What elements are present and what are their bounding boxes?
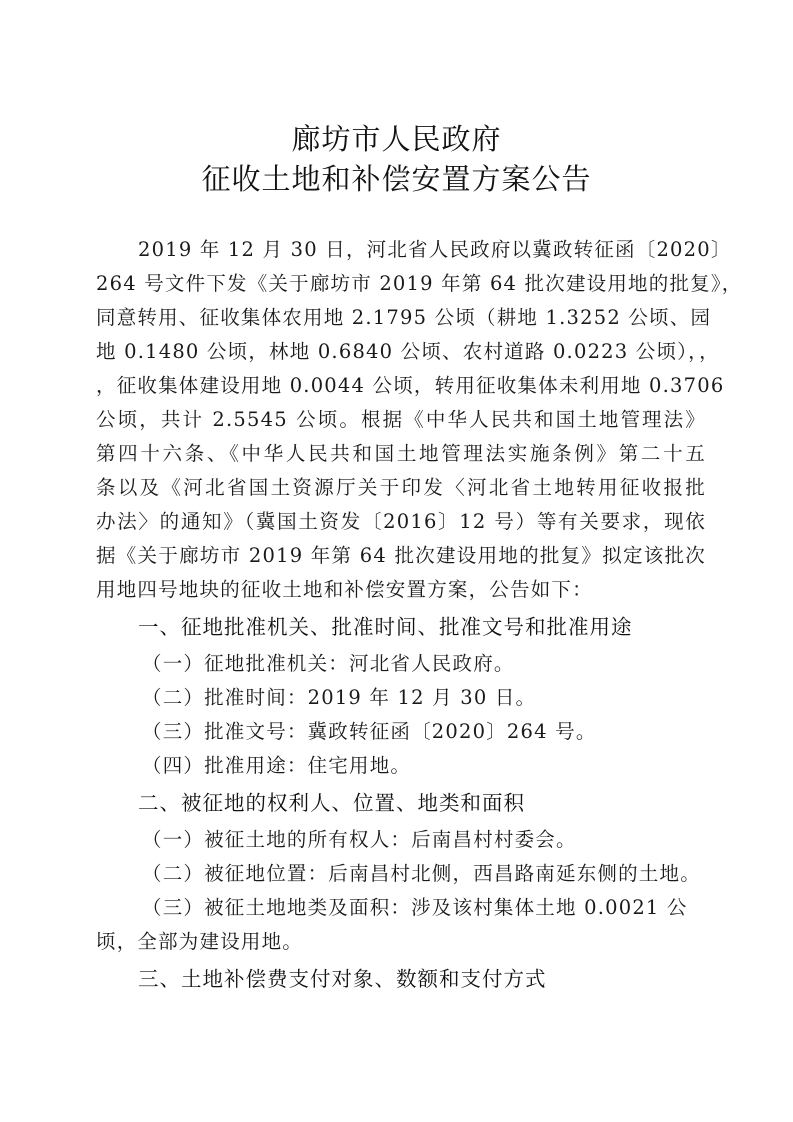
intro-paragraph-line: 2019 年 12 月 30 日，河北省人民政府以冀政转征函〔2020〕 [138, 234, 732, 262]
section-1-item: （一）征地批准机关：河北省人民政府。 [142, 648, 515, 676]
document-title-line1: 廊坊市人民政府 [0, 117, 793, 158]
document-title-line2: 征收土地和补偿安置方案公告 [0, 157, 793, 198]
section-2-item: （二）被征地位置：后南昌村北侧，西昌路南延东侧的土地。 [142, 858, 701, 886]
section-1-item: （三）批准文号：冀政转征函〔2020〕264 号。 [142, 716, 597, 744]
intro-paragraph-line: 同意转用、征收集体农用地 2.1795 公顷（耕地 1.3252 公顷、园 [96, 302, 706, 330]
intro-paragraph-line: 第四十六条、《中华人民共和国土地管理法实施条例》第二十五 [96, 438, 706, 466]
intro-paragraph-line: ，征收集体建设用地 0.0044 公顷，转用征收集体未利用地 0.3706 [96, 370, 706, 398]
section-1-item: （四）批准用途：住宅用地。 [142, 750, 411, 778]
intro-paragraph-line: 条以及《河北省国土资源厅关于印发〈河北省土地转用征收报批 [96, 472, 706, 500]
section-2-heading: 二、被征地的权利人、位置、地类和面积 [138, 786, 525, 816]
section-2-item: （一）被征土地的所有权人：后南昌村村委会。 [142, 824, 577, 852]
section-1-item: （二）批准时间：2019 年 12 月 30 日。 [142, 682, 536, 710]
section-2-item: （三）被征土地地类及面积：涉及该村集体土地 0.0021 公 [142, 892, 688, 920]
document-page: 廊坊市人民政府 征收土地和补偿安置方案公告 2019 年 12 月 30 日，河… [0, 0, 793, 1122]
intro-paragraph-line: 办法〉的通知》（冀国土资发〔2016〕12 号）等有关要求，现依 [96, 506, 706, 534]
intro-paragraph-line: 用地四号地块的征收土地和补偿安置方案，公告如下： [96, 574, 706, 602]
intro-paragraph-line: 264 号文件下发《关于廊坊市 2019 年第 64 批次建设用地的批复》， [96, 268, 706, 296]
section-1-heading: 一、征地批准机关、批准时间、批准文号和批准用途 [138, 610, 633, 640]
intro-paragraph-line: 地 0.1480 公顷，林地 0.6840 公顷、农村道路 0.0223 公顷）… [96, 336, 706, 364]
section-2-item-continuation: 顷，全部为建设用地。 [96, 926, 706, 954]
section-3-heading: 三、土地补偿费支付对象、数额和支付方式 [138, 962, 547, 992]
intro-paragraph-line: 据《关于廊坊市 2019 年第 64 批次建设用地的批复》拟定该批次 [96, 540, 706, 568]
intro-paragraph-line: 公顷，共计 2.5545 公顷。根据《中华人民共和国土地管理法》 [96, 404, 706, 432]
